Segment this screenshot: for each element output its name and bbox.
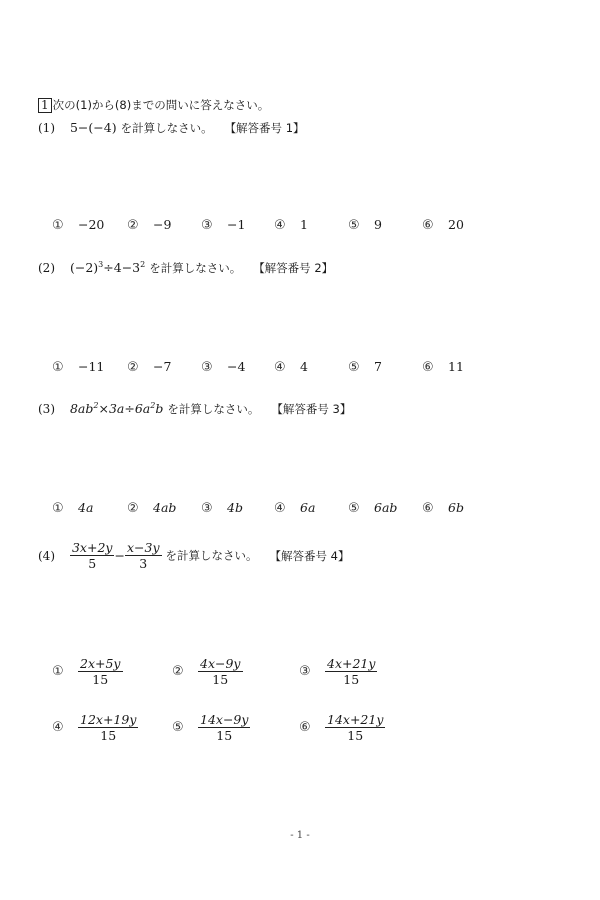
choice-value: −4 — [227, 359, 245, 374]
choice-1[interactable]: ①−20 — [52, 217, 104, 233]
choice-value: −20 — [78, 217, 104, 232]
choice-mark: ⑥ — [422, 360, 448, 375]
question-3: (3) 8ab2×3a÷6a2b を計算しなさい。 【解答番号 3】 — [38, 401, 351, 417]
choice-value: 4b — [227, 500, 243, 515]
choice-mark: ② — [172, 664, 198, 679]
question-instruction: を計算しなさい。 — [166, 549, 258, 563]
choice-mark: ③ — [201, 218, 227, 233]
choice-mark: ② — [127, 501, 153, 516]
choice-fraction: 12x+19y15 — [78, 712, 138, 743]
question-4: (4) 3x+2y5−x−3y3 を計算しなさい。 【解答番号 4】 — [38, 540, 349, 571]
choice-6[interactable]: ⑥11 — [422, 359, 464, 375]
question-instruction: を計算しなさい。 — [121, 121, 213, 135]
choice-mark: ① — [52, 664, 78, 679]
choice-fraction: 14x+21y15 — [325, 712, 385, 743]
choice-4[interactable]: ④1 — [274, 217, 308, 233]
choice-2[interactable]: ②−7 — [127, 359, 171, 375]
choice-value: 1 — [300, 217, 308, 232]
operator: − — [114, 548, 124, 563]
question-1: (1) 5−(−4) を計算しなさい。 【解答番号 1】 — [38, 120, 305, 136]
choice-5[interactable]: ⑤6ab — [348, 500, 397, 516]
choice-value: 6a — [300, 500, 315, 515]
choice-mark: ③ — [299, 664, 325, 679]
choice-fraction: 2x+5y15 — [78, 656, 123, 687]
choice-value: −1 — [227, 217, 245, 232]
answer-tag: 【解答番号 1】 — [225, 121, 305, 135]
choice-mark: ① — [52, 501, 78, 516]
choice-mark: ① — [52, 360, 78, 375]
choice-mark: ④ — [274, 360, 300, 375]
choice-4[interactable]: ④12x+19y15 — [52, 712, 138, 743]
choice-value: 20 — [448, 217, 464, 232]
section-header: 1次の(1)から(8)までの問いに答えなさい。 — [38, 97, 269, 113]
choice-5[interactable]: ⑤14x−9y15 — [172, 712, 250, 743]
choice-mark: ③ — [201, 360, 227, 375]
choice-6[interactable]: ⑥20 — [422, 217, 464, 233]
choice-3[interactable]: ③4b — [201, 500, 243, 516]
choice-value: 6b — [448, 500, 464, 515]
choice-3[interactable]: ③−1 — [201, 217, 245, 233]
choice-mark: ⑥ — [422, 501, 448, 516]
choice-1[interactable]: ①4a — [52, 500, 93, 516]
fraction-1: 3x+2y5 — [70, 540, 115, 571]
choice-4[interactable]: ④4 — [274, 359, 308, 375]
choice-3[interactable]: ③−4 — [201, 359, 245, 375]
choice-2[interactable]: ②4ab — [127, 500, 176, 516]
question-2: (2) (−2)3÷4−32 を計算しなさい。 【解答番号 2】 — [38, 260, 333, 276]
choice-mark: ⑤ — [348, 501, 374, 516]
question-number: (4) — [38, 549, 66, 563]
choice-5[interactable]: ⑤7 — [348, 359, 382, 375]
choice-value: 6ab — [374, 500, 397, 515]
choice-2[interactable]: ②4x−9y15 — [172, 656, 243, 687]
choice-4[interactable]: ④6a — [274, 500, 315, 516]
choice-mark: ⑤ — [348, 218, 374, 233]
choice-mark: ⑤ — [172, 720, 198, 735]
question-number: (2) — [38, 261, 66, 275]
question-instruction: を計算しなさい。 — [149, 261, 241, 275]
choice-mark: ⑤ — [348, 360, 374, 375]
choice-value: −9 — [153, 217, 171, 232]
choice-value: 7 — [374, 359, 382, 374]
question-number: (3) — [38, 402, 66, 416]
choice-mark: ④ — [274, 218, 300, 233]
choice-1[interactable]: ①2x+5y15 — [52, 656, 123, 687]
choice-5[interactable]: ⑤9 — [348, 217, 382, 233]
question-instruction: を計算しなさい。 — [167, 402, 259, 416]
choice-value: 4a — [78, 500, 93, 515]
answer-tag: 【解答番号 3】 — [271, 402, 351, 416]
choice-2[interactable]: ②−9 — [127, 217, 171, 233]
answer-tag: 【解答番号 2】 — [253, 261, 333, 275]
question-expression: 8ab2×3a÷6a2b — [70, 401, 163, 416]
section-instruction: 次の(1)から(8)までの問いに答えなさい。 — [53, 98, 270, 112]
choice-mark: ⑥ — [299, 720, 325, 735]
question-number: (1) — [38, 121, 66, 135]
choice-mark: ② — [127, 360, 153, 375]
choice-1[interactable]: ①−11 — [52, 359, 104, 375]
choice-mark: ④ — [274, 501, 300, 516]
choice-fraction: 14x−9y15 — [198, 712, 250, 743]
question-expression: 5−(−4) — [70, 120, 117, 135]
choice-mark: ⑥ — [422, 218, 448, 233]
choice-mark: ① — [52, 218, 78, 233]
choice-mark: ③ — [201, 501, 227, 516]
choice-value: 9 — [374, 217, 382, 232]
choice-value: 4ab — [153, 500, 176, 515]
choice-value: 4 — [300, 359, 308, 374]
choice-mark: ② — [127, 218, 153, 233]
choice-6[interactable]: ⑥6b — [422, 500, 464, 516]
choice-fraction: 4x−9y15 — [198, 656, 243, 687]
choice-6[interactable]: ⑥14x+21y15 — [299, 712, 385, 743]
fraction-2: x−3y3 — [125, 540, 162, 571]
page-number: - 1 - — [0, 830, 600, 841]
choice-value: 11 — [448, 359, 464, 374]
section-number-box: 1 — [38, 98, 52, 113]
answer-tag: 【解答番号 4】 — [269, 549, 349, 563]
choice-fraction: 4x+21y15 — [325, 656, 377, 687]
question-expression: (−2)3÷4−32 — [70, 260, 145, 275]
choice-mark: ④ — [52, 720, 78, 735]
choice-3[interactable]: ③4x+21y15 — [299, 656, 377, 687]
choice-value: −7 — [153, 359, 171, 374]
choice-value: −11 — [78, 359, 104, 374]
